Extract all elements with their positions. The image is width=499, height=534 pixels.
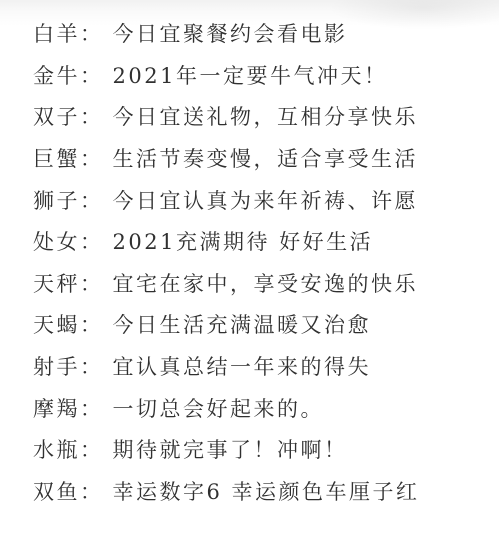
zodiac-sign-label: 水瓶： bbox=[33, 440, 104, 461]
horoscope-line-libra: 天秤： 宜宅在家中，享受安逸的快乐 bbox=[33, 264, 489, 306]
horoscope-text: 幸运数字6 幸运颜色车厘子红 bbox=[113, 482, 420, 503]
zodiac-sign-label: 金牛： bbox=[33, 66, 104, 87]
horoscope-text: 宜认真总结一年来的得失 bbox=[113, 357, 372, 378]
zodiac-sign-label: 处女： bbox=[33, 232, 104, 253]
horoscope-line-gemini: 双子： 今日宜送礼物，互相分享快乐 bbox=[33, 97, 489, 139]
zodiac-sign-label: 白羊： bbox=[33, 24, 104, 45]
zodiac-sign-label: 天秤： bbox=[33, 274, 104, 295]
horoscope-page: 白羊： 今日宜聚餐约会看电影 金牛： 2021年一定要牛气冲天！ 双子： 今日宜… bbox=[0, 0, 499, 534]
horoscope-line-pisces: 双鱼： 幸运数字6 幸运颜色车厘子红 bbox=[33, 472, 489, 514]
zodiac-sign-label: 巨蟹： bbox=[33, 149, 104, 170]
horoscope-line-taurus: 金牛： 2021年一定要牛气冲天！ bbox=[33, 56, 489, 98]
horoscope-text: 今日宜聚餐约会看电影 bbox=[113, 24, 348, 45]
zodiac-sign-label: 狮子： bbox=[33, 191, 104, 212]
horoscope-text: 宜宅在家中，享受安逸的快乐 bbox=[113, 274, 419, 295]
zodiac-sign-label: 射手： bbox=[33, 357, 104, 378]
horoscope-text: 一切总会好起来的。 bbox=[113, 399, 325, 420]
horoscope-line-capricorn: 摩羯： 一切总会好起来的。 bbox=[33, 388, 489, 430]
horoscope-text: 期待就完事了！冲啊！ bbox=[113, 440, 348, 461]
horoscope-text: 2021充满期待 好好生活 bbox=[113, 232, 374, 253]
horoscope-list: 白羊： 今日宜聚餐约会看电影 金牛： 2021年一定要牛气冲天！ 双子： 今日宜… bbox=[33, 14, 489, 513]
horoscope-text: 2021年一定要牛气冲天！ bbox=[113, 66, 388, 87]
horoscope-line-leo: 狮子： 今日宜认真为来年祈祷、许愿 bbox=[33, 180, 489, 222]
horoscope-text: 今日宜认真为来年祈祷、许愿 bbox=[113, 191, 419, 212]
zodiac-sign-label: 双子： bbox=[33, 107, 104, 128]
horoscope-line-sagittarius: 射手： 宜认真总结一年来的得失 bbox=[33, 347, 489, 389]
zodiac-sign-label: 天蝎： bbox=[33, 315, 104, 336]
horoscope-text: 生活节奏变慢，适合享受生活 bbox=[113, 149, 419, 170]
horoscope-line-aquarius: 水瓶： 期待就完事了！冲啊！ bbox=[33, 430, 489, 472]
horoscope-text: 今日生活充满温暖又治愈 bbox=[113, 315, 372, 336]
zodiac-sign-label: 双鱼： bbox=[33, 482, 104, 503]
horoscope-text: 今日宜送礼物，互相分享快乐 bbox=[113, 107, 419, 128]
horoscope-line-scorpio: 天蝎： 今日生活充满温暖又治愈 bbox=[33, 305, 489, 347]
zodiac-sign-label: 摩羯： bbox=[33, 399, 104, 420]
horoscope-line-cancer: 巨蟹： 生活节奏变慢，适合享受生活 bbox=[33, 139, 489, 181]
horoscope-line-aries: 白羊： 今日宜聚餐约会看电影 bbox=[33, 14, 489, 56]
horoscope-line-virgo: 处女： 2021充满期待 好好生活 bbox=[33, 222, 489, 264]
